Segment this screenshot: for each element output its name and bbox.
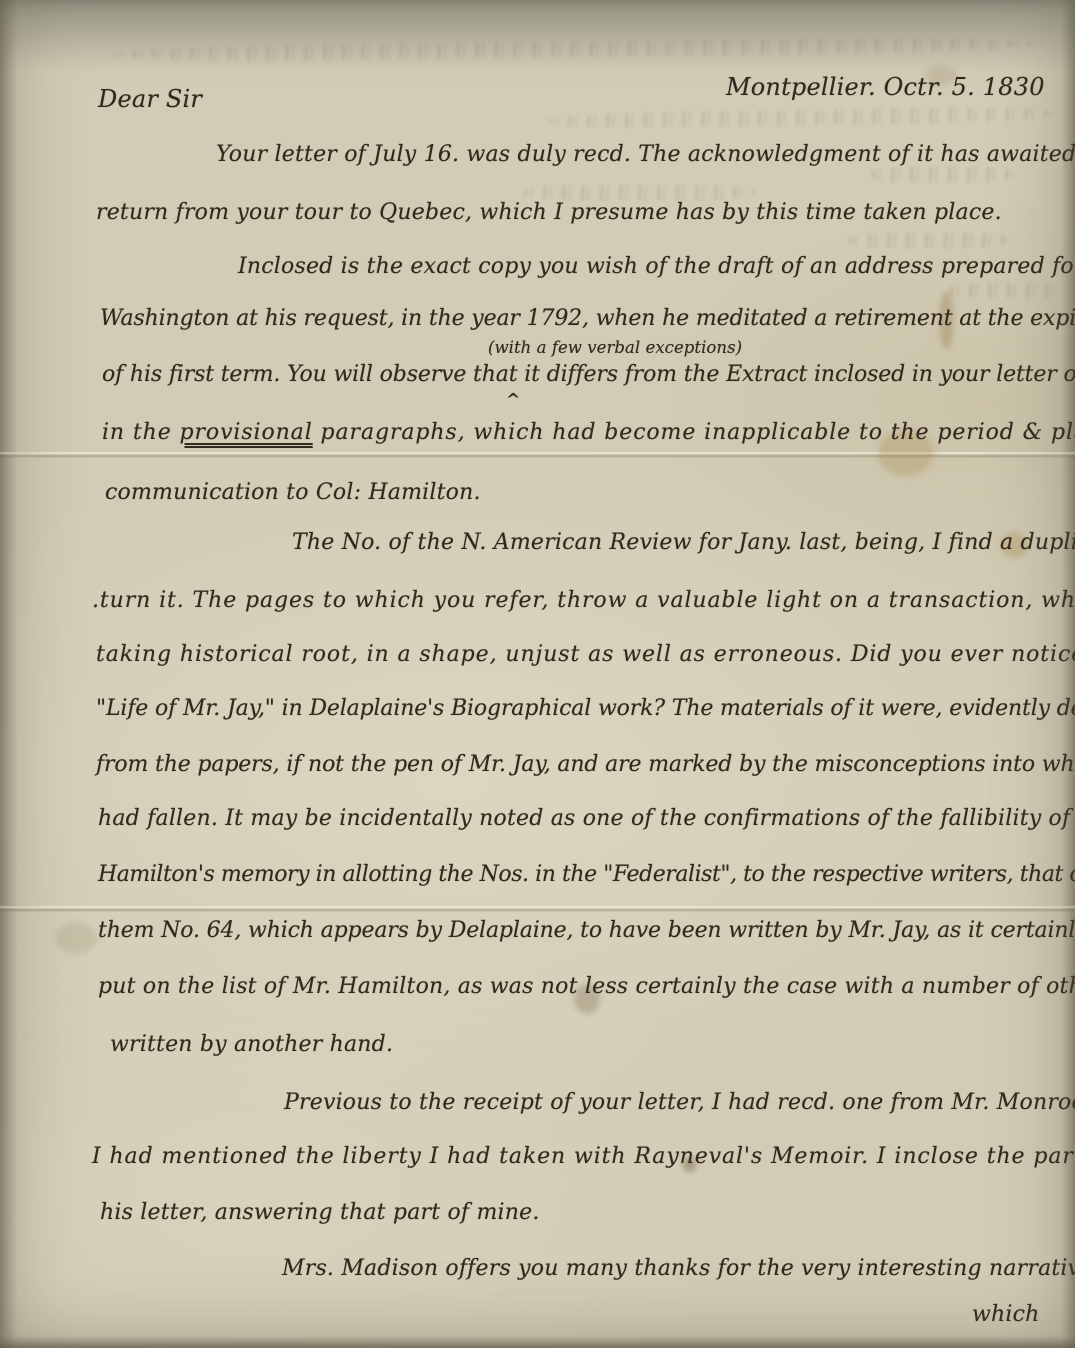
ink-bleedthrough: [545, 106, 1060, 129]
letter-line: Inclosed is the exact copy you wish of t…: [238, 254, 1075, 279]
fold-crease: [0, 906, 1075, 912]
interlineation: (with a few verbal exceptions): [488, 339, 742, 358]
ink-bleedthrough: [520, 185, 758, 200]
paper-stain: [55, 922, 97, 954]
letter-line: I had mentioned the liberty I had taken …: [92, 1144, 1075, 1169]
letter-line: written by another hand.: [110, 1032, 393, 1057]
letter-line: of his first term. You will observe that…: [102, 362, 1075, 387]
insertion-caret: ^: [506, 391, 520, 411]
salutation: Dear Sir: [98, 86, 202, 114]
letter-line: had fallen. It may be incidentally noted…: [98, 806, 1075, 831]
letter-line: return from your tour to Quebec, which I…: [96, 200, 1002, 225]
top-edge-shadow: [0, 0, 1075, 72]
letter-line: "Life of Mr. Jay," in Delaplaine's Biogr…: [96, 696, 1075, 721]
underlined-word: provisional: [180, 420, 313, 445]
catchword: which: [972, 1302, 1040, 1327]
letter-line: from the papers, if not the pen of Mr. J…: [96, 752, 1075, 777]
letter-line: .turn it. The pages to which you refer, …: [92, 588, 1075, 613]
bottom-edge-shadow: [0, 1336, 1075, 1348]
letter-line: in the provisional paragraphs, which had…: [102, 420, 1075, 445]
letter-page: Dear Sir Montpellier. Octr. 5. 1830 Your…: [0, 0, 1075, 1348]
letter-line-segment: in the: [102, 420, 180, 445]
ink-bleedthrough: [110, 36, 1040, 62]
dateline: Montpellier. Octr. 5. 1830: [726, 74, 1045, 102]
ink-bleedthrough: [868, 167, 1016, 182]
left-edge-shadow: [0, 0, 18, 1348]
letter-line: communication to Col: Hamilton.: [105, 480, 481, 505]
letter-line: taking historical root, in a shape, unju…: [96, 642, 1075, 667]
letter-line: Mrs. Madison offers you many thanks for …: [282, 1256, 1075, 1281]
letter-line-segment: paragraphs, which had become inapplicabl…: [313, 420, 1075, 445]
letter-line: his letter, answering that part of mine.: [100, 1200, 540, 1225]
letter-line: Hamilton's memory in allotting the Nos. …: [98, 862, 1075, 887]
letter-line: Previous to the receipt of your letter, …: [284, 1090, 1075, 1115]
letter-line: put on the list of Mr. Hamilton, as was …: [98, 974, 1075, 999]
ink-bleedthrough: [946, 283, 1062, 298]
ink-bleedthrough: [845, 233, 1010, 248]
letter-line: them No. 64, which appears by Delaplaine…: [98, 918, 1075, 943]
letter-line: Your letter of July 16. was duly recd. T…: [216, 142, 1075, 167]
letter-line: The No. of the N. American Review for Ja…: [292, 530, 1075, 555]
letter-line: Washington at his request, in the year 1…: [100, 306, 1075, 331]
